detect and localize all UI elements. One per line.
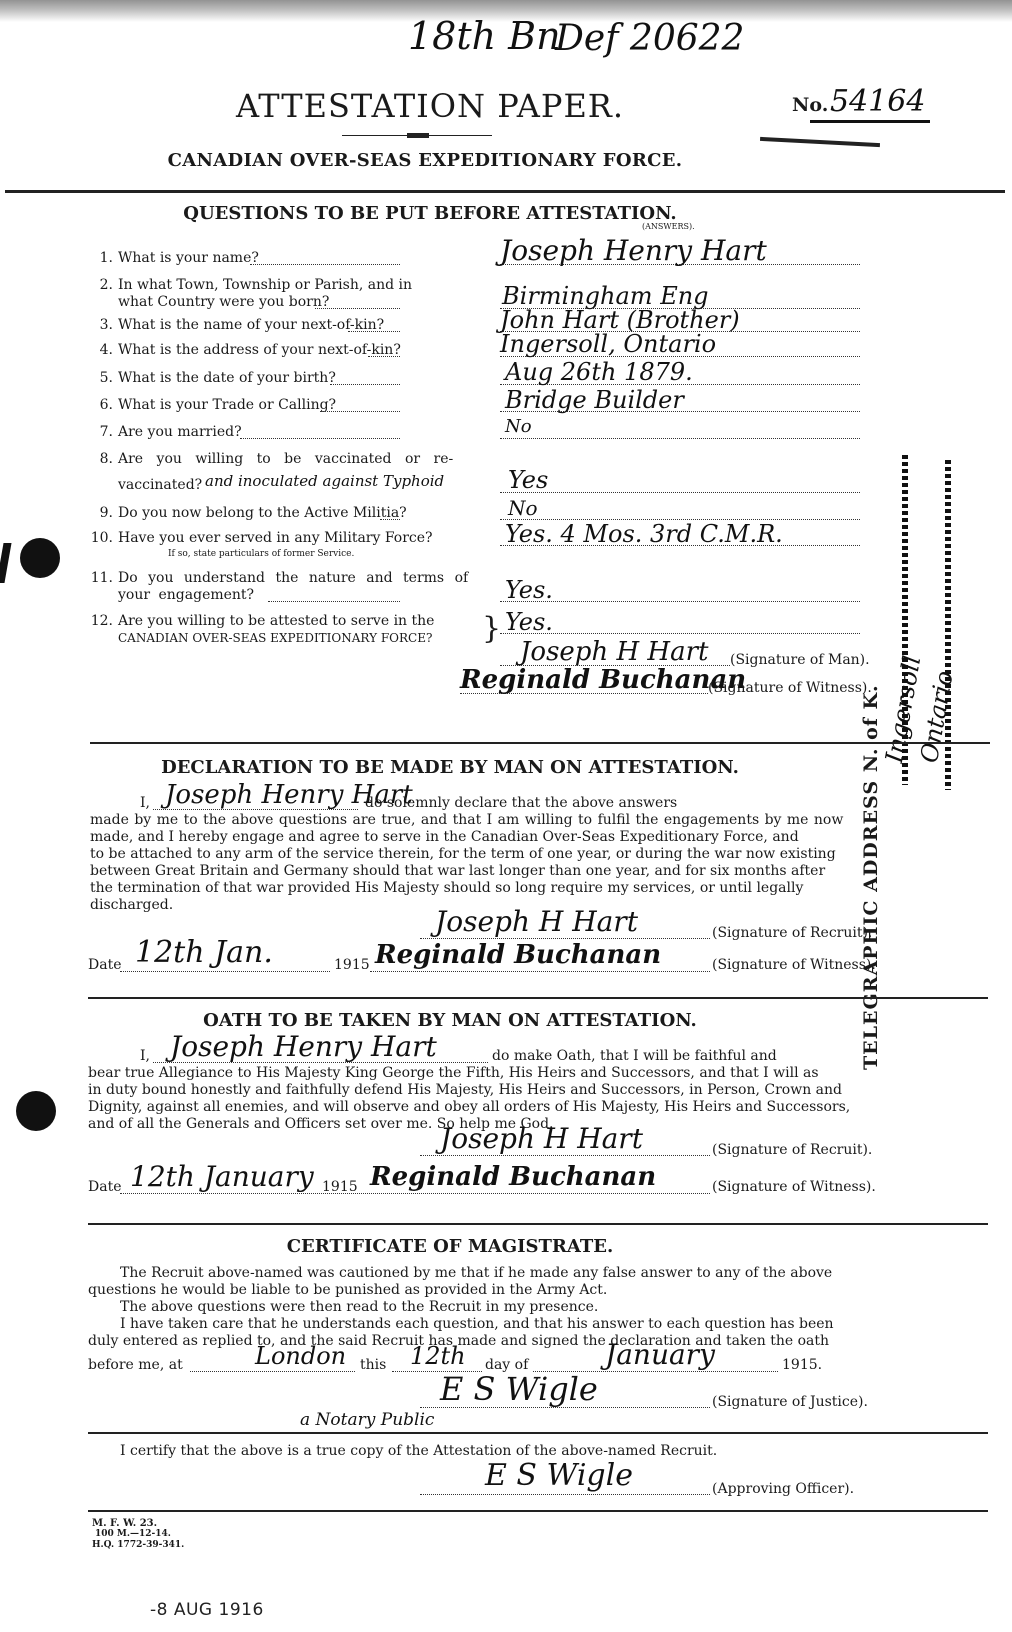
answer-understand-terms: Yes. — [505, 576, 553, 604]
oath-i: I, — [140, 1048, 150, 1064]
question-text: Are you married? — [118, 424, 242, 441]
section-divider — [88, 1510, 988, 1512]
signature-justice-label: (Signature of Justice). — [712, 1394, 868, 1410]
question-text: Are you willing to be vaccinated or re- — [118, 451, 453, 468]
answers-column-label: (ANSWERS). — [642, 222, 695, 231]
date-line — [120, 1193, 710, 1194]
binder-hole-edge — [0, 543, 12, 583]
strikeout-mark — [760, 137, 880, 147]
signature-line — [370, 971, 710, 972]
declaration-signature-witness: Reginald Buchanan — [375, 940, 661, 970]
date-line — [120, 971, 330, 972]
signature-justice-note: a Notary Public — [300, 1410, 434, 1430]
signature-line — [420, 1494, 710, 1495]
place-line — [190, 1371, 355, 1372]
question-text: What is your name? — [118, 250, 259, 267]
magistrate-heading: CERTIFICATE OF MAGISTRATE. — [90, 1236, 810, 1257]
before-me-label: before me, at — [88, 1357, 183, 1373]
handwritten-vaccination-note: and inoculated against Typhoid — [205, 472, 444, 490]
question-subnote: If so, state particulars of former Servi… — [168, 549, 354, 559]
question-text: vaccinated? — [118, 477, 202, 494]
answer-military-service: Yes. 4 Mos. 3rd C.M.R. — [505, 520, 783, 548]
signature-man: Joseph H Hart — [520, 637, 708, 667]
declaration-text: between Great Britain and Germany should… — [90, 863, 825, 879]
fill-line — [268, 601, 400, 602]
fill-line — [240, 438, 400, 439]
form-code: 100 M.—12-14. — [95, 1529, 171, 1540]
question-number: 5. — [83, 370, 113, 386]
magistrate-text: I have taken care that he understands ea… — [120, 1316, 834, 1332]
magistrate-place: London — [255, 1342, 346, 1370]
signature-recruit-label: (Signature of Recruit). — [712, 925, 872, 941]
signature-approving-officer: E S Wigle — [485, 1458, 633, 1493]
question-text: your engagement? — [118, 587, 254, 604]
question-text: In what Town, Township or Parish, and in — [118, 277, 412, 294]
fill-line — [368, 356, 400, 357]
question-number: 7. — [83, 424, 113, 440]
signature-justice: E S Wigle — [440, 1370, 598, 1408]
fill-line — [250, 264, 400, 265]
question-number: 4. — [83, 342, 113, 358]
regimental-number-value: 54164 — [830, 84, 925, 119]
fill-line — [348, 331, 400, 332]
signature-witness-label: (Signature of Witness). — [708, 680, 872, 696]
signature-line — [420, 938, 710, 939]
magistrate-day: 12th — [410, 1342, 466, 1370]
answer-married: No — [505, 416, 532, 437]
signature-witness-label: (Signature of Witness). — [712, 1179, 876, 1195]
question-text: Have you ever served in any Military For… — [118, 530, 433, 547]
handwritten-battalion-note: 18th Bn — [408, 14, 561, 58]
declaration-text: made, and I hereby engage and agree to s… — [90, 829, 799, 845]
this-label: this — [360, 1357, 386, 1373]
oath-text: Dignity, against all enemies, and will o… — [88, 1099, 850, 1115]
answer-birth-date: Aug 26th 1879. — [505, 358, 693, 386]
declaration-year: 1915 — [334, 957, 370, 973]
form-code: M. F. W. 23. — [92, 1518, 157, 1529]
certification-text: I certify that the above is a true copy … — [120, 1443, 717, 1459]
declaration-text: to be attached to any arm of the service… — [90, 846, 836, 862]
magistrate-year: 1915. — [782, 1357, 822, 1373]
signature-officer-label: (Approving Officer). — [712, 1481, 854, 1497]
oath-signature-witness: Reginald Buchanan — [370, 1162, 656, 1192]
question-number: 12. — [83, 613, 113, 629]
declaration-text: made by me to the above questions are tr… — [90, 812, 843, 828]
signature-recruit-label: (Signature of Recruit). — [712, 1142, 872, 1158]
magistrate-month: January — [605, 1338, 715, 1371]
oath-heading: OATH TO BE TAKEN BY MAN ON ATTESTATION. — [90, 1010, 810, 1031]
page-title: ATTESTATION PAPER. — [0, 87, 860, 125]
section-divider — [88, 1223, 988, 1225]
question-text: CANADIAN OVER-SEAS EXPEDITIONARY FORCE? — [118, 630, 432, 647]
question-number: 9. — [83, 505, 113, 521]
answer-name: Joseph Henry Hart — [500, 234, 767, 267]
declaration-text: discharged. — [90, 897, 173, 913]
fill-line — [330, 384, 400, 385]
title-divider-ornament — [407, 133, 429, 138]
answer-line — [500, 633, 860, 634]
section-divider — [90, 742, 990, 744]
fill-line — [380, 519, 400, 520]
signature-witness: Reginald Buchanan — [460, 665, 746, 695]
question-text: What is the name of your next-of-kin? — [118, 317, 384, 334]
question-number: 3. — [83, 317, 113, 333]
oath-date: 12th January — [130, 1160, 314, 1193]
declaration-heading: DECLARATION TO BE MADE BY MAN ON ATTESTA… — [90, 757, 810, 778]
question-number: 8. — [83, 451, 113, 467]
oath-year: 1915 — [322, 1179, 358, 1195]
declaration-text: the termination of that war provided His… — [90, 880, 803, 896]
answer-trade: Bridge Builder — [505, 386, 684, 414]
question-number: 6. — [83, 397, 113, 413]
section-divider — [88, 997, 988, 999]
declaration-text: do solemnly declare that the above answe… — [365, 795, 677, 811]
question-number: 2. — [83, 277, 113, 293]
declaration-signature-recruit: Joseph H Hart — [435, 905, 638, 938]
oath-name: Joseph Henry Hart — [170, 1030, 437, 1063]
question-text: What is your Trade or Calling? — [118, 397, 336, 414]
question-text: Are you willing to be attested to serve … — [118, 613, 434, 630]
answer-line — [500, 492, 860, 493]
question-text: Do you now belong to the Active Militia? — [118, 505, 407, 522]
section-divider — [5, 190, 1005, 193]
received-date-stamp: -8 AUG 1916 — [150, 1600, 264, 1620]
fill-line — [315, 308, 400, 309]
section-divider — [88, 1432, 988, 1434]
answer-next-of-kin-address: Ingersoll, Ontario — [500, 330, 716, 358]
question-number: 1. — [83, 250, 113, 266]
signature-witness-label: (Signature of Witness). — [712, 957, 876, 973]
answer-willing-to-serve: Yes. — [505, 608, 553, 636]
question-text: what Country were you born? — [118, 294, 329, 311]
signature-man-label: (Signature of Man). — [730, 652, 870, 668]
regimental-number-underline — [810, 120, 930, 123]
date-label: Date — [88, 1179, 121, 1195]
magistrate-text: The above questions were then read to th… — [120, 1299, 598, 1315]
question-text: What is the date of your birth? — [118, 370, 336, 387]
oath-signature-recruit: Joseph H Hart — [440, 1122, 643, 1155]
binder-hole — [16, 1091, 56, 1131]
questions-heading: QUESTIONS TO BE PUT BEFORE ATTESTATION. — [0, 203, 860, 224]
question-text: What is the address of your next-of-kin? — [118, 342, 401, 359]
magistrate-text: The Recruit above-named was cautioned by… — [120, 1265, 832, 1281]
fill-line — [320, 411, 400, 412]
signature-line — [420, 1155, 710, 1156]
oath-text: bear true Allegiance to His Majesty King… — [88, 1065, 819, 1081]
form-code: H.Q. 1772-39-341. — [92, 1540, 184, 1551]
handwritten-file-reference: Def 20622 — [555, 18, 744, 59]
answer-line — [500, 601, 860, 602]
question-number: 10. — [83, 530, 113, 546]
question-text: Do you understand the nature and terms o… — [118, 570, 468, 587]
brace-mark: } — [482, 613, 501, 645]
magistrate-text: questions he would be liable to be punis… — [88, 1282, 607, 1298]
question-number: 11. — [83, 570, 113, 586]
oath-text: do make Oath, that I will be faithful an… — [492, 1048, 777, 1064]
oath-text: in duty bound honestly and faithfully de… — [88, 1082, 842, 1098]
declaration-date: 12th Jan. — [135, 935, 273, 970]
page-subtitle: CANADIAN OVER-SEAS EXPEDITIONARY FORCE. — [75, 150, 775, 171]
regimental-number-label: No. — [792, 94, 828, 116]
date-label: Date — [88, 957, 121, 973]
answer-active-militia: No — [508, 496, 538, 520]
declaration-i: I, — [140, 795, 150, 811]
binder-hole — [20, 538, 60, 578]
answer-vaccination: Yes — [508, 466, 548, 494]
answer-line — [500, 438, 860, 439]
